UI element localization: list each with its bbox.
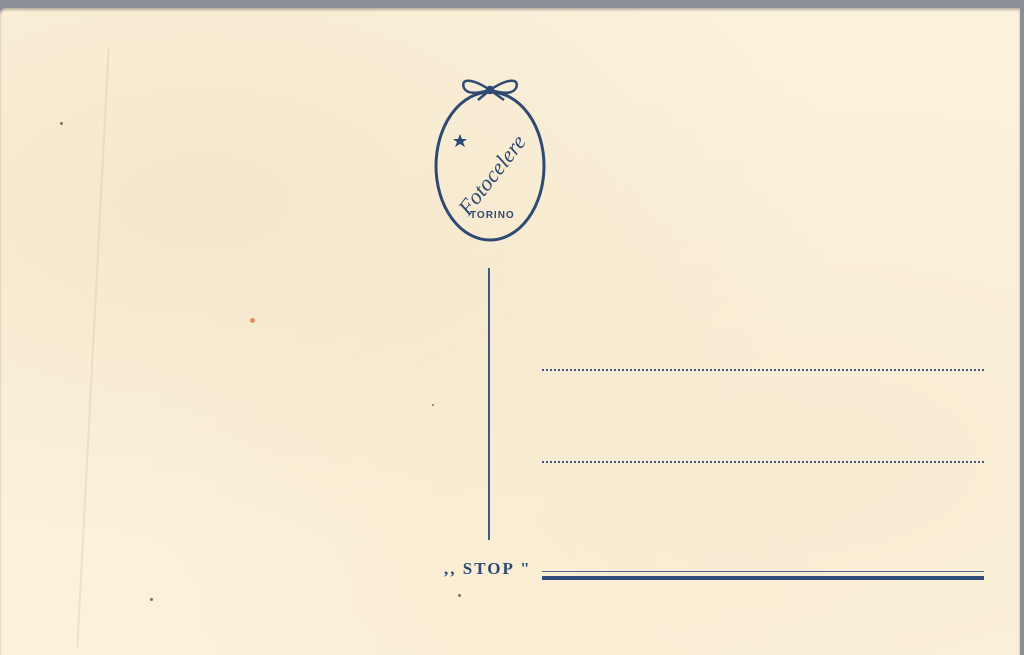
paper-speck <box>250 318 255 323</box>
address-rule-thin <box>542 571 984 572</box>
address-rule-thick <box>542 576 984 580</box>
paper-speck <box>60 122 63 125</box>
paper-speck <box>150 598 153 601</box>
brand-caption: ,, STOP " <box>444 559 532 579</box>
paper-speck <box>458 594 461 597</box>
postcard-back: Fotocelere TORINO ,, STOP " <box>0 8 1020 655</box>
message-address-divider <box>488 268 490 540</box>
publisher-logo: Fotocelere TORINO <box>432 70 548 246</box>
logo-city: TORINO <box>470 210 515 221</box>
address-line-2 <box>542 461 984 463</box>
paper-crease <box>76 48 109 647</box>
paper-speck <box>432 404 434 406</box>
address-line-1 <box>542 369 984 371</box>
